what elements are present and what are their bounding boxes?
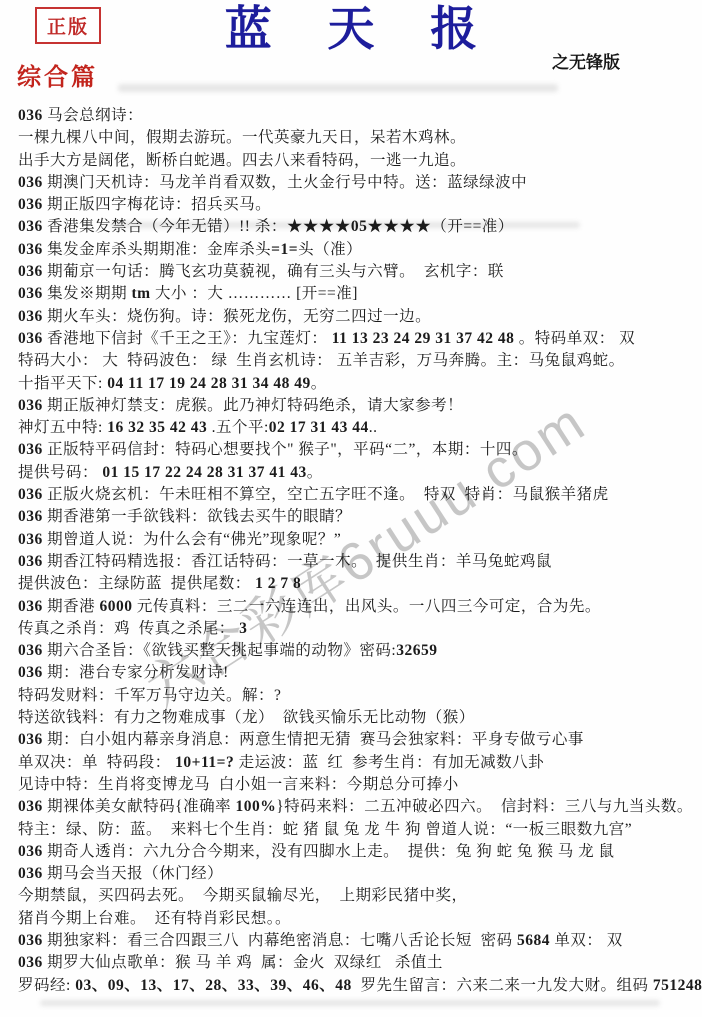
text-segment: 036 xyxy=(18,397,43,414)
report-line: 036 期曾道人说：为什么会有“佛光”现象呢？” xyxy=(18,529,694,551)
text-segment: 036 xyxy=(18,285,43,302)
report-line: 今期禁鼠，买四码去死。 今期买鼠输尽光， 上期彩民猪中奖， xyxy=(18,885,694,907)
text-segment: 期裸体美女献特码{准确率 xyxy=(43,798,236,815)
text-segment: 036 xyxy=(18,486,43,503)
text-segment: 特码发财料：千军万马守边关。解：? xyxy=(18,687,281,704)
text-segment: 期六合圣旨：《欲钱买整天挑起事端的动物》密码: xyxy=(43,642,396,659)
text-segment: 036 xyxy=(18,731,43,748)
report-line: 提供波色：主绿防蓝 提供尾数： 1 2 7 8 xyxy=(18,573,694,595)
text-segment: 036 xyxy=(18,664,43,681)
text-segment: 036 xyxy=(18,798,43,815)
report-line: 传真之杀肖：鸡 传真之杀尾： 3 xyxy=(18,618,694,640)
text-segment: 1 2 7 8 xyxy=(255,575,301,592)
report-line: 036 集发金库杀头期期准：金库杀头=1=头（准） xyxy=(18,239,694,261)
text-segment: 32659 xyxy=(396,642,437,659)
report-line: 特送欲钱料：有力之物难成事（龙） 欲钱买愉乐无比动物（猴） xyxy=(18,707,694,729)
report-line: 036 期罗大仙点歌单：猴 马 羊 鸡 属：金火 双绿红 杀值土 xyxy=(18,952,694,974)
scan-artifact xyxy=(118,84,558,92)
text-segment: ★★★★（开==准） xyxy=(367,218,513,235)
text-segment: 。 xyxy=(307,464,323,481)
text-segment: 罗先生留言：六来二来一九发大财。组码 xyxy=(352,977,653,994)
text-segment: 036 xyxy=(18,843,43,860)
text-segment: 。特码单双： 双 xyxy=(514,330,635,347)
report-line: 特码发财料：千军万马守边关。解：? xyxy=(18,685,694,707)
report-line: 036 期香江特码精选报：香江话特码：一草一木。 提供生肖：羊马兔蛇鸡鼠 xyxy=(18,551,694,573)
report-line: 十指平天下: 04 11 17 19 24 28 31 34 48 49。 xyxy=(18,373,694,395)
text-segment: 5684 xyxy=(517,932,550,949)
text-segment: 036 xyxy=(18,330,43,347)
text-segment: 罗码经: xyxy=(18,977,75,994)
text-segment: 集发金库杀头期期准：金库杀头 xyxy=(43,241,271,258)
report-line: 见诗中特：生肖将变博龙马 白小姐一言来料：今期总分可捧小 xyxy=(18,774,694,796)
report-line: 036 期火车头：烧伤狗。诗：猴死龙伤，无穷二四过一边。 xyxy=(18,306,694,328)
report-line: 罗码经: 03、09、13、17、28、33、39、46、48 罗先生留言：六来… xyxy=(18,975,694,997)
report-line: 036 期独家料：看三合四跟三八 内幕绝密消息：七嘴八舌论长短 密码 5684 … xyxy=(18,930,694,952)
text-segment: 11 13 23 24 29 31 37 42 48 xyxy=(332,330,515,347)
report-line: 036 期六合圣旨：《欲钱买整天挑起事端的动物》密码:32659 xyxy=(18,640,694,662)
scan-artifact xyxy=(40,1000,660,1006)
text-segment: }特码来料：二五冲破必四六。 信封料：三八与九当头数。 xyxy=(276,798,693,815)
text-segment: 香港集发禁合（今年无错）!! 杀：★★★★ xyxy=(43,218,351,235)
report-line: 提供号码： 01 15 17 22 24 28 31 37 41 43。 xyxy=(18,462,694,484)
text-segment: 16 32 35 42 43 xyxy=(107,419,207,436)
text-segment: 03、09、13、17、28、33、39、46、48 xyxy=(75,977,352,994)
text-segment: 大小 ：大 ………… [开==准] xyxy=(151,285,358,302)
text-segment: 马会总纲诗： xyxy=(43,107,143,124)
report-line: 036 期：港台专家分析发财诗! xyxy=(18,662,694,684)
text-segment: 01 15 17 22 24 28 31 37 41 43 xyxy=(102,464,306,481)
text-segment: 十指平天下: xyxy=(18,375,107,392)
text-segment: 期香港 xyxy=(43,598,100,615)
text-segment: 神灯五中特: xyxy=(18,419,107,436)
text-segment: 期曾道人说：为什么会有“佛光”现象呢？” xyxy=(43,531,342,548)
text-segment: 036 xyxy=(18,441,43,458)
report-line: 036 期裸体美女献特码{准确率 100%}特码来料：二五冲破必四六。 信封料：… xyxy=(18,796,694,818)
text-segment: 10+11=? xyxy=(175,754,234,771)
report-line: 036 马会总纲诗： xyxy=(18,105,694,127)
text-segment: 期奇人透肖：六九分合今期来，没有四脚水上走。 提供：兔 狗 蛇 兔 猴 马 龙 … xyxy=(43,843,615,860)
text-segment: 期香江特码精选报：香江话特码：一草一木。 提供生肖：羊马兔蛇鸡鼠 xyxy=(43,553,552,570)
text-segment: 036 xyxy=(18,954,43,971)
report-line: 036 期：白小姐内幕亲身消息：两意生情把无猜 赛马会独家料：平身专做亏心事 xyxy=(18,729,694,751)
text-segment: 05 xyxy=(351,218,368,235)
text-segment: 单双： 双 xyxy=(550,932,623,949)
text-segment: 今期禁鼠，买四码去死。 今期买鼠输尽光， 上期彩民猪中奖， xyxy=(18,887,468,904)
text-segment: 特主：绿、防：蓝。 来料七个生肖：蛇 猪 鼠 兔 龙 牛 狗 曾道人说：“一板三… xyxy=(18,821,632,838)
text-segment: 100% xyxy=(235,798,276,815)
text-segment: .. xyxy=(369,419,378,436)
text-segment: 期火车头：烧伤狗。诗：猴死龙伤，无穷二四过一边。 xyxy=(43,308,431,325)
text-segment: 。 xyxy=(311,375,327,392)
report-line: 猪肖今期上台难。 还有特肖彩民想。。 xyxy=(18,908,694,930)
text-segment: 正版特平码信封：特码心想要找个" 猴子"，平码“二”，本期：十四。 xyxy=(43,441,528,458)
text-segment: 猪肖今期上台难。 还有特肖彩民想。。 xyxy=(18,910,291,927)
text-segment: =1= xyxy=(271,241,298,258)
text-segment: 期独家料：看三合四跟三八 内幕绝密消息：七嘴八舌论长短 密码 xyxy=(43,932,517,949)
text-segment: 期：港台专家分析发财诗! xyxy=(43,664,229,681)
text-segment: 特送欲钱料：有力之物难成事（龙） 欲钱买愉乐无比动物（猴） xyxy=(18,709,475,726)
text-segment: 期葡京一句话：腾飞玄功莫藐视，确有三头与六臂。 玄机字：联 xyxy=(43,263,504,280)
text-segment: 036 xyxy=(18,531,43,548)
text-segment: 期马会当天报（休门经） xyxy=(43,865,223,882)
report-line: 特主：绿、防：蓝。 来料七个生肖：蛇 猪 鼠 兔 龙 牛 狗 曾道人说：“一板三… xyxy=(18,819,694,841)
text-segment: 头（准） xyxy=(298,241,362,258)
text-segment: .五个平: xyxy=(207,419,269,436)
report-line: 036 期正版神灯禁支：虎猴。此乃神灯特码绝杀，请大家参考！ xyxy=(18,395,694,417)
section-heading: 综合篇 xyxy=(17,57,98,92)
text-segment: 期香港第一手欲钱料：欲钱去买牛的眼睛？ xyxy=(43,508,351,525)
text-segment: 期澳门天机诗：马龙羊肖看双数，土火金行号中特。送：蓝绿绿波中 xyxy=(43,174,527,191)
text-segment: 3 xyxy=(239,620,247,637)
text-segment: 036 xyxy=(18,865,43,882)
report-line: 出手大方是阔佬，断桥白蛇遇。四去八来看特码，一逃一九追。 xyxy=(18,150,694,172)
text-segment: 期正版四字梅花诗：招兵买马。 xyxy=(43,196,271,213)
report-line: 036 正版火烧玄机：午未旺相不算空，空亡五字旺不逢。 特双 特肖：马鼠猴羊猪虎 xyxy=(18,484,694,506)
edition-label: 之无锋版 xyxy=(552,48,620,73)
report-line: 神灯五中特: 16 32 35 42 43 .五个平:02 17 31 43 4… xyxy=(18,417,694,439)
text-segment: 期正版神灯禁支：虎猴。此乃神灯特码绝杀，请大家参考！ xyxy=(43,397,463,414)
text-segment: 见诗中特：生肖将变博龙马 白小姐一言来料：今期总分可捧小 xyxy=(18,776,459,793)
report-page: 正版 蓝 天 报 之无锋版 综合篇 六合彩库6ruuu.com 036 马会总纲… xyxy=(0,0,702,1017)
report-line: 单双决：单 特码段： 10+11=? 走运波：蓝 红 参考生肖：有加无减数八卦 xyxy=(18,752,694,774)
report-line: 036 期香港 6000 元传真料：三二一六连连出，出风头。一八四三今可定，合为… xyxy=(18,596,694,618)
text-segment: 集发※期期 xyxy=(43,285,132,302)
text-segment: 036 xyxy=(18,263,43,280)
text-segment: 036 xyxy=(18,932,43,949)
text-segment: 期罗大仙点歌单：猴 马 羊 鸡 属：金火 双绿红 杀值土 xyxy=(43,954,443,971)
report-line: 036 香港地下信封《千王之王》：九宝莲灯： 11 13 23 24 29 31… xyxy=(18,328,694,350)
text-segment: 传真之杀肖：鸡 传真之杀尾： xyxy=(18,620,239,637)
text-segment: 04 11 17 19 24 28 31 34 48 49 xyxy=(107,375,311,392)
report-line: 一棵九棵八中间，假期去游玩。一代英豪九天日，呆若木鸡林。 xyxy=(18,127,694,149)
text-segment: 香港地下信封《千王之王》：九宝莲灯： xyxy=(43,330,332,347)
text-segment: 751248 xyxy=(653,977,702,994)
text-segment: 提供波色：主绿防蓝 提供尾数： xyxy=(18,575,255,592)
report-line: 036 期奇人透肖：六九分合今期来，没有四脚水上走。 提供：兔 狗 蛇 兔 猴 … xyxy=(18,841,694,863)
text-segment: 036 xyxy=(18,218,43,235)
text-segment: tm xyxy=(132,285,151,302)
report-line: 036 期葡京一句话：腾飞玄功莫藐视，确有三头与六臂。 玄机字：联 xyxy=(18,261,694,283)
text-segment: 036 xyxy=(18,241,43,258)
text-segment: 036 xyxy=(18,642,43,659)
text-segment: 走运波：蓝 红 参考生肖：有加无减数八卦 xyxy=(234,754,544,771)
text-segment: 036 xyxy=(18,174,43,191)
text-segment: 元传真料：三二一六连连出，出风头。一八四三今可定，合为先。 xyxy=(133,598,601,615)
report-line: 036 正版特平码信封：特码心想要找个" 猴子"，平码“二”，本期：十四。 xyxy=(18,439,694,461)
text-segment: 出手大方是阔佬，断桥白蛇遇。四去八来看特码，一逃一九追。 xyxy=(18,152,466,169)
report-lines: 036 马会总纲诗：一棵九棵八中间，假期去游玩。一代英豪九天日，呆若木鸡林。出手… xyxy=(18,105,694,997)
report-line: 036 期澳门天机诗：马龙羊肖看双数，土火金行号中特。送：蓝绿绿波中 xyxy=(18,172,694,194)
report-line: 036 期马会当天报（休门经） xyxy=(18,863,694,885)
text-segment: 提供号码： xyxy=(18,464,102,481)
text-segment: 02 17 31 43 44 xyxy=(269,419,369,436)
text-segment: 036 xyxy=(18,553,43,570)
text-segment: 036 xyxy=(18,308,43,325)
text-segment: 6000 xyxy=(100,598,133,615)
text-segment: 036 xyxy=(18,508,43,525)
report-line: 036 香港集发禁合（今年无错）!! 杀：★★★★05★★★★（开==准） xyxy=(18,216,694,238)
text-segment: 036 xyxy=(18,196,43,213)
report-line: 036 期香港第一手欲钱料：欲钱去买牛的眼睛？ xyxy=(18,506,694,528)
text-segment: 特码大小： 大 特码波色： 绿 生肖玄机诗： 五羊吉彩，万马奔腾。主：马兔鼠鸡蛇… xyxy=(18,352,625,369)
report-line: 特码大小： 大 特码波色： 绿 生肖玄机诗： 五羊吉彩，万马奔腾。主：马兔鼠鸡蛇… xyxy=(18,350,694,372)
report-line: 036 期正版四字梅花诗：招兵买马。 xyxy=(18,194,694,216)
report-line: 036 集发※期期 tm 大小 ：大 ………… [开==准] xyxy=(18,283,694,305)
text-segment: 一棵九棵八中间，假期去游玩。一代英豪九天日，呆若木鸡林。 xyxy=(18,129,466,146)
text-segment: 期：白小姐内幕亲身消息：两意生情把无猜 赛马会独家料：平身专做亏心事 xyxy=(43,731,584,748)
text-segment: 036 xyxy=(18,598,43,615)
text-segment: 单双决：单 特码段： xyxy=(18,754,175,771)
text-segment: 036 xyxy=(18,107,43,124)
text-segment: 正版火烧玄机：午未旺相不算空，空亡五字旺不逢。 特双 特肖：马鼠猴羊猪虎 xyxy=(43,486,609,503)
